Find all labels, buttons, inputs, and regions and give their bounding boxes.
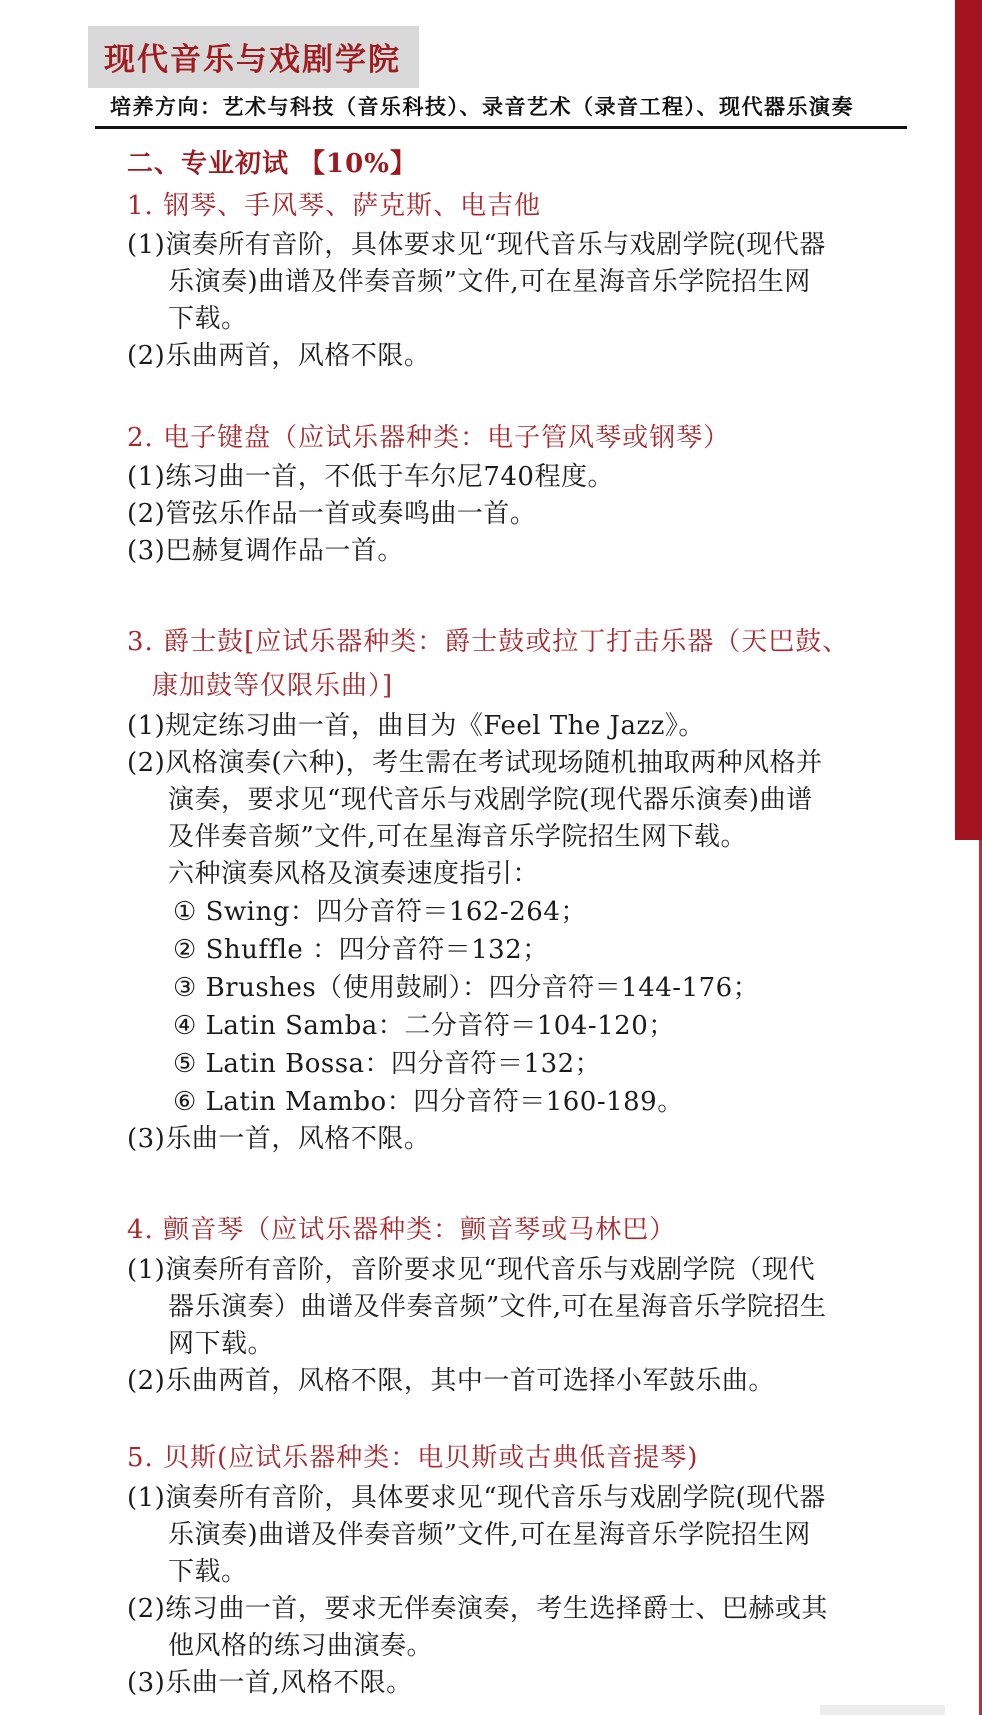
text-line: 演奏，要求见“现代音乐与戏剧学院(现代器乐演奏)曲谱 — [168, 782, 927, 819]
text-line: 他风格的练习曲演奏。 — [168, 1628, 927, 1665]
right-red-sidebar — [955, 0, 982, 840]
text-line: 及伴奏音频”文件,可在星海音乐学院招生网下载。 — [168, 819, 927, 856]
document-page: 现代音乐与戏剧学院 培养方向：艺术与科技（音乐科技）、录音艺术（录音工程）、现代… — [0, 0, 982, 1715]
page-title: 现代音乐与戏剧学院 — [104, 42, 401, 78]
text-line: (2)乐曲两首，风格不限，其中一首可选择小军鼓乐曲。 — [127, 1363, 927, 1400]
style-list-item: ⑥ Latin Mambo：四分音符＝160-189。 — [173, 1083, 927, 1121]
text-line: (1)演奏所有音阶，具体要求见“现代音乐与戏剧学院(现代器 — [127, 227, 927, 264]
text-line: 乐演奏)曲谱及伴奏音频”文件,可在星海音乐学院招生网 — [168, 1517, 927, 1554]
item-title-3-cont: 康加鼓等仅限乐曲）] — [152, 664, 927, 708]
style-list-item: ⑤ Latin Bossa：四分音符＝132； — [173, 1045, 927, 1083]
style-list-item: ① Swing：四分音符＝162-264； — [173, 893, 927, 931]
text-line: 下载。 — [168, 301, 927, 338]
page-title-banner: 现代音乐与戏剧学院 — [88, 26, 419, 88]
text-line: (3)巴赫复调作品一首。 — [127, 533, 927, 570]
text-line: (2)练习曲一首，要求无伴奏演奏，考生选择爵士、巴赫或其 — [127, 1591, 927, 1628]
text-line: 乐演奏)曲谱及伴奏音频”文件,可在星海音乐学院招生网 — [168, 264, 927, 301]
style-list-item: ② Shuffle ：四分音符＝132； — [173, 931, 927, 969]
style-list-item: ③ Brushes（使用鼓刷）：四分音符＝144-176； — [173, 969, 927, 1007]
text-line: (1)练习曲一首，不低于车尔尼740程度。 — [127, 459, 927, 496]
text-line: 器乐演奏）曲谱及伴奏音频”文件,可在星海音乐学院招生 — [168, 1289, 927, 1326]
item-title-4: 4. 颤音琴（应试乐器种类：颤音琴或马林巴） — [127, 1208, 927, 1252]
text-line: (1)演奏所有音阶，具体要求见“现代音乐与戏剧学院(现代器 — [127, 1480, 927, 1517]
page-edge-artifact — [820, 1705, 945, 1715]
text-line: (2)管弦乐作品一首或奏鸣曲一首。 — [127, 496, 927, 533]
section-heading-exam: 二、专业初试 【10%】 — [127, 143, 927, 185]
text-line: (3)乐曲一首，风格不限。 — [127, 1121, 927, 1158]
item-title-5: 5. 贝斯(应试乐器种类：电贝斯或古典低音提琴) — [127, 1436, 927, 1480]
text-line: (2)乐曲两首，风格不限。 — [127, 338, 927, 375]
text-line: 六种演奏风格及演奏速度指引： — [168, 856, 927, 893]
style-list-item: ④ Latin Samba：二分音符＝104-120； — [173, 1007, 927, 1045]
text-line: (3)乐曲一首,风格不限。 — [127, 1665, 927, 1702]
item-title-2: 2. 电子键盘（应试乐器种类：电子管风琴或钢琴） — [127, 417, 927, 459]
text-line: 下载。 — [168, 1554, 927, 1591]
text-line: (2)风格演奏(六种)，考生需在考试现场随机抽取两种风格并 — [127, 745, 927, 782]
training-directions-subtitle: 培养方向：艺术与科技（音乐科技）、录音艺术（录音工程）、现代器乐演奏 — [110, 91, 854, 121]
text-line: (1)演奏所有音阶，音阶要求见“现代音乐与戏剧学院（现代 — [127, 1252, 927, 1289]
text-line: (1)规定练习曲一首，曲目为《Feel The Jazz》。 — [127, 708, 927, 745]
item-title-3: 3. 爵士鼓[应试乐器种类：爵士鼓或拉丁打击乐器（天巴鼓、 — [127, 620, 927, 664]
document-body: 二、专业初试 【10%】 1. 钢琴、手风琴、萨克斯、电吉他 (1)演奏所有音阶… — [127, 133, 927, 1702]
item-title-1: 1. 钢琴、手风琴、萨克斯、电吉他 — [127, 185, 927, 227]
header-divider-rule — [95, 126, 907, 129]
text-line: 网下载。 — [168, 1326, 927, 1363]
